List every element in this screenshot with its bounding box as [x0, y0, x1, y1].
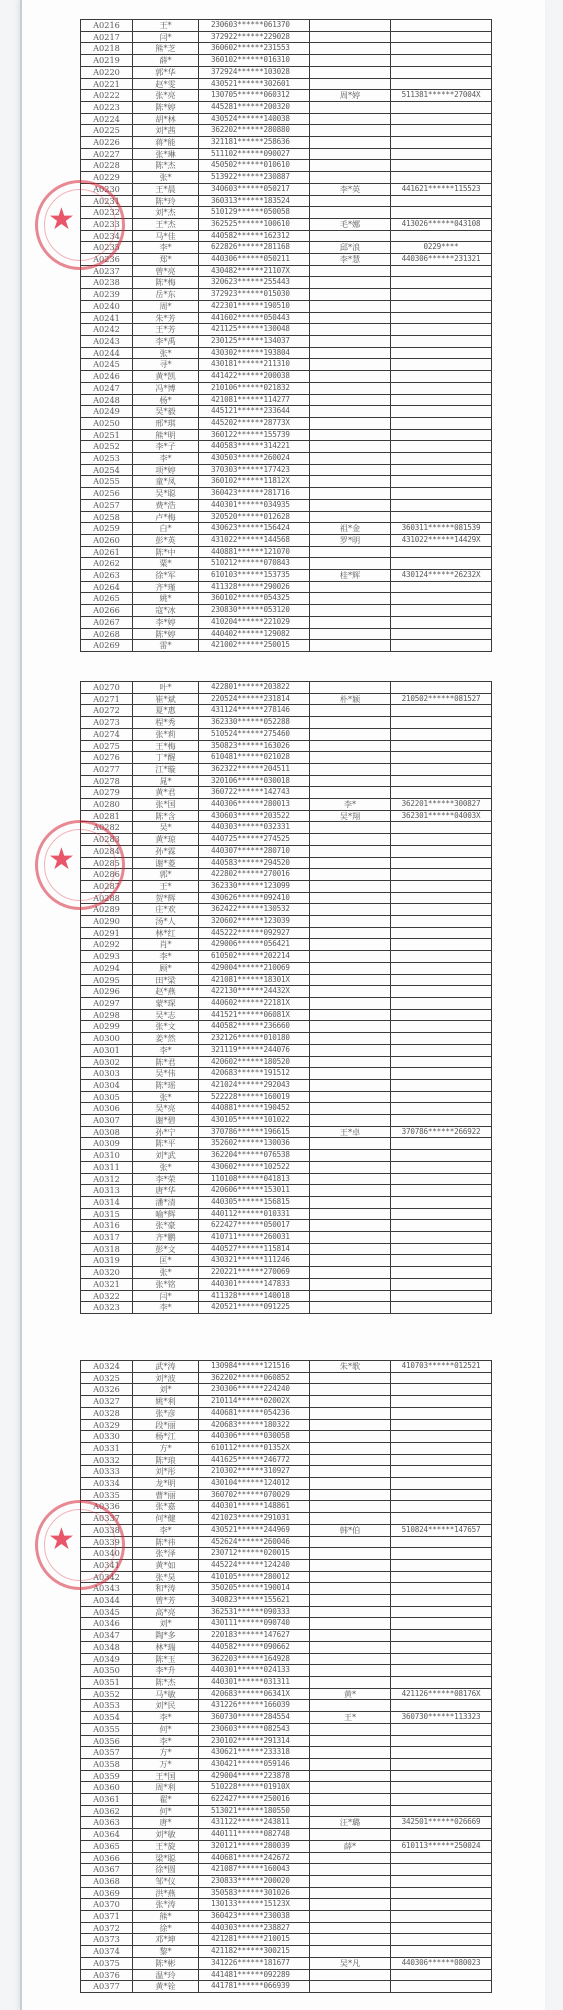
co-applicant-id-cell — [391, 113, 492, 125]
co-applicant-id-cell — [391, 148, 492, 160]
id-number-cell: 440305******156815 — [199, 1196, 310, 1208]
co-applicant-name-cell — [310, 172, 391, 184]
co-applicant-name-cell — [310, 752, 391, 764]
name-cell: 张*亮 — [133, 90, 199, 102]
id-number-cell: 421081******18301X — [199, 974, 310, 986]
co-applicant-id-cell — [391, 740, 492, 752]
table-row: A0244张*430302******193804 — [81, 347, 492, 359]
name-cell: 贺*辉 — [133, 892, 199, 904]
id-number-cell: 430521******302601 — [199, 78, 310, 90]
co-applicant-id-cell — [391, 1396, 492, 1408]
co-applicant-name-cell — [310, 1782, 391, 1794]
name-cell: 林*红 — [133, 927, 199, 939]
id-number-cell: 522228******160019 — [199, 1091, 310, 1103]
id-number-cell: 440306******030058 — [199, 1431, 310, 1443]
table-row: A0371熊*360423******230038 — [81, 1911, 492, 1923]
co-applicant-id-cell — [391, 616, 492, 628]
co-applicant-name-cell — [310, 476, 391, 488]
name-cell: 崔*斌 — [133, 693, 199, 705]
record-number-cell: A0242 — [81, 324, 133, 336]
name-cell: 陈*婷 — [133, 628, 199, 640]
table-row: A0237曾*亮430482******21107X — [81, 265, 492, 277]
co-applicant-name-cell — [310, 1747, 391, 1759]
record-number-cell: A0326 — [81, 1384, 133, 1396]
id-number-cell: 321119******244076 — [199, 1044, 310, 1056]
co-applicant-name-cell — [310, 1513, 391, 1525]
co-applicant-id-cell — [391, 1009, 492, 1021]
record-number-cell: A0377 — [81, 1981, 133, 1993]
co-applicant-name-cell — [310, 1583, 391, 1595]
co-applicant-id-cell — [391, 1946, 492, 1958]
record-number-cell: A0269 — [81, 640, 133, 652]
name-cell: 林*瑞 — [133, 1641, 199, 1653]
name-cell: 马*佳 — [133, 230, 199, 242]
id-number-cell: 430111******090740 — [199, 1618, 310, 1630]
id-number-cell: 440111******082748 — [199, 1829, 310, 1841]
name-cell: 费*浩 — [133, 499, 199, 511]
co-applicant-id-cell — [391, 78, 492, 90]
co-applicant-name-cell — [310, 822, 391, 834]
table-row: A0286郭*422802******270016 — [81, 869, 492, 881]
co-applicant-name-cell — [310, 682, 391, 694]
record-number-cell: A0343 — [81, 1583, 133, 1595]
co-applicant-name-cell — [310, 1302, 391, 1314]
co-applicant-name-cell — [310, 1794, 391, 1806]
id-number-cell: 431122******243811 — [199, 1817, 310, 1829]
record-number-cell: A0282 — [81, 822, 133, 834]
co-applicant-id-cell: 410703******012521 — [391, 1361, 492, 1373]
id-number-cell: 360730******284554 — [199, 1712, 310, 1724]
name-cell: 匡* — [133, 1255, 199, 1267]
name-cell: 王*晨 — [133, 183, 199, 195]
co-applicant-id-cell — [391, 1489, 492, 1501]
name-cell: 吴*毅 — [133, 406, 199, 418]
table-row: A0283黄*琼440725******274525 — [81, 834, 492, 846]
id-number-cell: 430503******260024 — [199, 453, 310, 465]
table-row: A0243李*禹230125******134037 — [81, 335, 492, 347]
record-number-cell: A0330 — [81, 1431, 133, 1443]
co-applicant-id-cell — [391, 1770, 492, 1782]
id-number-cell: 431022******144568 — [199, 534, 310, 546]
co-applicant-name-cell — [310, 1829, 391, 1841]
id-number-cell: 441422******200038 — [199, 371, 310, 383]
co-applicant-name-cell — [310, 705, 391, 717]
name-cell: 王*国 — [133, 1770, 199, 1782]
co-applicant-name-cell — [310, 546, 391, 558]
table-row: A0317齐*鹏410711******260031 — [81, 1232, 492, 1244]
co-applicant-id-cell — [391, 1044, 492, 1056]
table-row: A0229张*513922******230887 — [81, 172, 492, 184]
record-number-cell: A0315 — [81, 1208, 133, 1220]
co-applicant-id-cell — [391, 230, 492, 242]
table-row: A0221赵*雯430521******302601 — [81, 78, 492, 90]
id-number-cell: 210302******310927 — [199, 1466, 310, 1478]
co-applicant-id-cell — [391, 857, 492, 869]
record-number-cell: A0228 — [81, 160, 133, 172]
co-applicant-name-cell: 周*婷 — [310, 90, 391, 102]
co-applicant-name-cell — [310, 593, 391, 605]
name-cell: 曹*丽 — [133, 1489, 199, 1501]
record-number-cell: A0263 — [81, 570, 133, 582]
name-cell: 吴*伟 — [133, 1068, 199, 1080]
name-cell: 陈*梅 — [133, 277, 199, 289]
co-applicant-name-cell — [310, 195, 391, 207]
id-number-cell: 230102******291314 — [199, 1735, 310, 1747]
record-number-cell: A0223 — [81, 101, 133, 113]
id-number-cell: 340823******155621 — [199, 1595, 310, 1607]
co-applicant-id-cell — [391, 1501, 492, 1513]
co-applicant-name-cell: 李*慧 — [310, 254, 391, 266]
table-row: A0348林*瑞440582******090662 — [81, 1641, 492, 1653]
record-number-cell: A0276 — [81, 752, 133, 764]
co-applicant-id-cell — [391, 382, 492, 394]
co-applicant-name-cell — [310, 1946, 391, 1958]
co-applicant-name-cell — [310, 1559, 391, 1571]
id-number-cell: 450502******010610 — [199, 160, 310, 172]
co-applicant-name-cell — [310, 207, 391, 219]
co-applicant-id-cell — [391, 1981, 492, 1993]
co-applicant-name-cell — [310, 1138, 391, 1150]
table-row: A0369洪*燕350583******301026 — [81, 1887, 492, 1899]
record-number-cell: A0273 — [81, 717, 133, 729]
id-number-cell: 350583******301026 — [199, 1887, 310, 1899]
table-row: A0287王*362330******123099 — [81, 880, 492, 892]
co-applicant-id-cell — [391, 834, 492, 846]
co-applicant-id-cell — [391, 1676, 492, 1688]
table-row: A0259白*430623******156424祖*金360311******… — [81, 523, 492, 535]
table-row: A0347陶*多220183******147627 — [81, 1630, 492, 1642]
id-number-cell: 440881******121070 — [199, 546, 310, 558]
name-cell: 冯*博 — [133, 382, 199, 394]
co-applicant-name-cell — [310, 558, 391, 570]
co-applicant-id-cell — [391, 1700, 492, 1712]
co-applicant-id-cell — [391, 1115, 492, 1127]
id-number-cell: 440583******314221 — [199, 441, 310, 453]
table-row: A0334龙*明430104******124012 — [81, 1478, 492, 1490]
table-row: A0320张*220221******270069 — [81, 1267, 492, 1279]
co-applicant-id-cell — [391, 1665, 492, 1677]
co-applicant-name-cell: 李* — [310, 799, 391, 811]
name-cell: 陈*杰 — [133, 160, 199, 172]
table-row: A0368邹*仪230833******200020 — [81, 1875, 492, 1887]
co-applicant-id-cell — [391, 277, 492, 289]
name-cell: 夏*惠 — [133, 705, 199, 717]
record-number-cell: A0360 — [81, 1782, 133, 1794]
id-number-cell: 362322******204511 — [199, 763, 310, 775]
co-applicant-name-cell — [310, 148, 391, 160]
co-applicant-id-cell — [391, 31, 492, 43]
co-applicant-name-cell — [310, 1700, 391, 1712]
table-row: A0358万*430421******059146 — [81, 1758, 492, 1770]
id-number-cell: 220524******231814 — [199, 693, 310, 705]
co-applicant-name-cell: 李*英 — [310, 183, 391, 195]
co-applicant-id-cell: 210502******081527 — [391, 693, 492, 705]
co-applicant-name-cell — [310, 1407, 391, 1419]
co-applicant-name-cell — [310, 717, 391, 729]
co-applicant-name-cell — [310, 113, 391, 125]
record-number-cell: A0246 — [81, 371, 133, 383]
co-applicant-id-cell — [391, 916, 492, 928]
id-number-cell: 220221******270069 — [199, 1267, 310, 1279]
co-applicant-name-cell — [310, 1805, 391, 1817]
co-applicant-name-cell — [310, 1911, 391, 1923]
record-number-cell: A0323 — [81, 1302, 133, 1314]
name-cell: 刘* — [133, 1618, 199, 1630]
table-row: A0315喻*辉440112******010331 — [81, 1208, 492, 1220]
co-applicant-name-cell — [310, 1442, 391, 1454]
record-number-cell: A0339 — [81, 1536, 133, 1548]
name-cell: 童*凤 — [133, 476, 199, 488]
co-applicant-id-cell — [391, 1384, 492, 1396]
name-cell: 孙*霖 — [133, 845, 199, 857]
co-applicant-name-cell — [310, 1091, 391, 1103]
table-row: A0343和*涛350205******190014 — [81, 1583, 492, 1595]
name-cell: 张*琳 — [133, 148, 199, 160]
id-number-cell: 445121******233644 — [199, 406, 310, 418]
record-number-cell: A0308 — [81, 1126, 133, 1138]
name-cell: 郭* — [133, 869, 199, 881]
co-applicant-name-cell — [310, 1232, 391, 1244]
id-number-cell: 441602******050443 — [199, 312, 310, 324]
table-row: A0284孙*霖440307******280710 — [81, 845, 492, 857]
name-cell: 黄*琼 — [133, 834, 199, 846]
name-cell: 徐*圆 — [133, 1864, 199, 1876]
co-applicant-id-cell — [391, 172, 492, 184]
co-applicant-name-cell: 薛* — [310, 1840, 391, 1852]
record-number-cell: A0225 — [81, 125, 133, 137]
id-number-cell: 421087******160043 — [199, 1864, 310, 1876]
co-applicant-id-cell — [391, 986, 492, 998]
record-number-cell: A0313 — [81, 1185, 133, 1197]
id-number-cell: 440301******034935 — [199, 499, 310, 511]
id-number-cell: 421002******250015 — [199, 640, 310, 652]
name-cell: 晁* — [133, 775, 199, 787]
table-row: A0360周*利510228******01910X — [81, 1782, 492, 1794]
co-applicant-id-cell: 421126******08176X — [391, 1688, 492, 1700]
name-cell: 何* — [133, 1805, 199, 1817]
co-applicant-name-cell — [310, 1852, 391, 1864]
co-applicant-name-cell — [310, 640, 391, 652]
table-row: A0330杨*江440306******030058 — [81, 1431, 492, 1443]
record-number-cell: A0318 — [81, 1243, 133, 1255]
co-applicant-id-cell — [391, 441, 492, 453]
name-cell: 赵*雯 — [133, 78, 199, 90]
record-number-cell: A0232 — [81, 207, 133, 219]
id-number-cell: 440301******031311 — [199, 1676, 310, 1688]
id-number-cell: 230603******061370 — [199, 20, 310, 32]
name-cell: 龙*明 — [133, 1478, 199, 1490]
co-applicant-id-cell — [391, 939, 492, 951]
table-row: A0318彭*文440527******115814 — [81, 1243, 492, 1255]
co-applicant-id-cell — [391, 1185, 492, 1197]
record-number-cell: A0374 — [81, 1946, 133, 1958]
id-number-cell: 230833******200020 — [199, 1875, 310, 1887]
record-number-cell: A0281 — [81, 810, 133, 822]
name-cell: 吴*亮 — [133, 1103, 199, 1115]
co-applicant-name-cell — [310, 359, 391, 371]
id-number-cell: 350823******163026 — [199, 740, 310, 752]
record-number-cell: A0262 — [81, 558, 133, 570]
name-cell: 陈*含 — [133, 810, 199, 822]
co-applicant-id-cell — [391, 207, 492, 219]
id-number-cell: 452624******260046 — [199, 1536, 310, 1548]
co-applicant-name-cell — [310, 951, 391, 963]
co-applicant-id-cell — [391, 347, 492, 359]
record-number-cell: A0361 — [81, 1794, 133, 1806]
id-number-cell: 429004******223878 — [199, 1770, 310, 1782]
name-cell: 高*亮 — [133, 1606, 199, 1618]
name-cell: 张* — [133, 1161, 199, 1173]
records-table: A0324武*涛130984******121516朱*歌410703*****… — [80, 1360, 492, 1993]
record-number-cell: A0221 — [81, 78, 133, 90]
table-row: A0254项*婷370303******177423 — [81, 464, 492, 476]
record-number-cell: A0299 — [81, 1021, 133, 1033]
name-cell: 白* — [133, 523, 199, 535]
table-row: A0223陈*婷445281******200320 — [81, 101, 492, 113]
co-applicant-id-cell — [391, 1173, 492, 1185]
co-applicant-name-cell — [310, 834, 391, 846]
id-number-cell: 440725******274525 — [199, 834, 310, 846]
id-number-cell: 430104******124012 — [199, 1478, 310, 1490]
record-number-cell: A0227 — [81, 148, 133, 160]
name-cell: 谢*碧 — [133, 1115, 199, 1127]
roster-table-page-1: A0216王*230603******061370A0217闫*372922**… — [80, 19, 467, 652]
co-applicant-id-cell — [391, 300, 492, 312]
record-number-cell: A0224 — [81, 113, 133, 125]
co-applicant-name-cell — [310, 997, 391, 1009]
co-applicant-id-cell — [391, 101, 492, 113]
co-applicant-name-cell — [310, 916, 391, 928]
co-applicant-id-cell: 0229**** — [391, 242, 492, 254]
co-applicant-name-cell — [310, 230, 391, 242]
name-cell: 周*利 — [133, 1782, 199, 1794]
table-row: A0288贺*辉430626******092410 — [81, 892, 492, 904]
name-cell: 顾* — [133, 962, 199, 974]
name-cell: 张*莉 — [133, 728, 199, 740]
co-applicant-name-cell: 邱*浪 — [310, 242, 391, 254]
name-cell: 李*禹 — [133, 335, 199, 347]
record-number-cell: A0222 — [81, 90, 133, 102]
table-row: A0311张*430602******102522 — [81, 1161, 492, 1173]
co-applicant-name-cell: 王*卓 — [310, 1126, 391, 1138]
id-number-cell: 411328******140018 — [199, 1290, 310, 1302]
co-applicant-name-cell — [310, 300, 391, 312]
record-number-cell: A0306 — [81, 1103, 133, 1115]
record-number-cell: A0217 — [81, 31, 133, 43]
co-applicant-name-cell — [310, 20, 391, 32]
name-cell: 谢*菱 — [133, 857, 199, 869]
table-row: A0264齐*瑾411328******290026 — [81, 581, 492, 593]
record-number-cell: A0259 — [81, 523, 133, 535]
name-cell: 黎* — [133, 1946, 199, 1958]
id-number-cell: 430421******059146 — [199, 1758, 310, 1770]
id-number-cell: 360423******281716 — [199, 488, 310, 500]
record-number-cell: A0371 — [81, 1911, 133, 1923]
co-applicant-name-cell — [310, 1431, 391, 1443]
id-number-cell: 350205******190014 — [199, 1583, 310, 1595]
table-row: A0285谢*菱440583******294520 — [81, 857, 492, 869]
table-row: A0324武*涛130984******121516朱*歌410703*****… — [81, 1361, 492, 1373]
record-number-cell: A0325 — [81, 1372, 133, 1384]
table-row: A0282吴*440303******032331 — [81, 822, 492, 834]
name-cell: 寻* — [133, 359, 199, 371]
co-applicant-id-cell — [391, 1091, 492, 1103]
co-applicant-name-cell: 王* — [310, 1712, 391, 1724]
id-number-cell: 431226******166039 — [199, 1700, 310, 1712]
id-number-cell: 622427******050017 — [199, 1220, 310, 1232]
name-cell: 彭*文 — [133, 1243, 199, 1255]
record-number-cell: A0338 — [81, 1524, 133, 1536]
record-number-cell: A0247 — [81, 382, 133, 394]
co-applicant-name-cell — [310, 464, 391, 476]
name-cell: 唐*华 — [133, 1185, 199, 1197]
co-applicant-id-cell — [391, 763, 492, 775]
record-number-cell: A0266 — [81, 605, 133, 617]
co-applicant-name-cell — [310, 1255, 391, 1267]
record-number-cell: A0352 — [81, 1688, 133, 1700]
record-number-cell: A0231 — [81, 195, 133, 207]
id-number-cell: 321181******258636 — [199, 137, 310, 149]
id-number-cell: 610481******021028 — [199, 752, 310, 764]
id-number-cell: 510212******070843 — [199, 558, 310, 570]
record-number-cell: A0256 — [81, 488, 133, 500]
table-row: A0234马*佳440582******162312 — [81, 230, 492, 242]
co-applicant-id-cell — [391, 1653, 492, 1665]
id-number-cell: 421281******210015 — [199, 1934, 310, 1946]
record-number-cell: A0219 — [81, 55, 133, 67]
co-applicant-id-cell — [391, 1536, 492, 1548]
table-row: A0275王*梅350823******163026 — [81, 740, 492, 752]
table-row: A0372徐*440303******238827 — [81, 1922, 492, 1934]
record-number-cell: A0248 — [81, 394, 133, 406]
table-row: A0274张*莉510524******275460 — [81, 728, 492, 740]
table-row: A0220郭*华372924******103028 — [81, 66, 492, 78]
name-cell: 郭*华 — [133, 66, 199, 78]
table-row: A0289庄*欢362422******130532 — [81, 904, 492, 916]
co-applicant-id-cell — [391, 476, 492, 488]
id-number-cell: 130984******121516 — [199, 1361, 310, 1373]
record-number-cell: A0373 — [81, 1934, 133, 1946]
co-applicant-id-cell — [391, 752, 492, 764]
co-applicant-name-cell — [310, 1267, 391, 1279]
id-number-cell: 513021******180550 — [199, 1805, 310, 1817]
co-applicant-name-cell: 朴*颖 — [310, 693, 391, 705]
name-cell: 曾*亮 — [133, 265, 199, 277]
table-row: A0272夏*惠431124******278146 — [81, 705, 492, 717]
co-applicant-name-cell — [310, 962, 391, 974]
id-number-cell: 360423******230038 — [199, 1911, 310, 1923]
id-number-cell: 440602******22181X — [199, 997, 310, 1009]
record-number-cell: A0277 — [81, 763, 133, 775]
table-row: A0370张*涛130133******15123X — [81, 1899, 492, 1911]
co-applicant-id-cell: 342501******026669 — [391, 1817, 492, 1829]
record-number-cell: A0305 — [81, 1091, 133, 1103]
name-cell: 王*芳 — [133, 324, 199, 336]
table-row: A0300姜*然232126******010180 — [81, 1033, 492, 1045]
table-row: A0325刘*波362202******060852 — [81, 1372, 492, 1384]
co-applicant-name-cell — [310, 1103, 391, 1115]
table-row: A0344曾*芳340823******155621 — [81, 1595, 492, 1607]
record-number-cell: A0324 — [81, 1361, 133, 1373]
co-applicant-id-cell — [391, 43, 492, 55]
co-applicant-name-cell — [310, 324, 391, 336]
record-number-cell: A0333 — [81, 1466, 133, 1478]
co-applicant-id-cell — [391, 787, 492, 799]
id-number-cell: 411328******290026 — [199, 581, 310, 593]
record-number-cell: A0284 — [81, 845, 133, 857]
name-cell: 吴* — [133, 822, 199, 834]
id-number-cell: 360602******231553 — [199, 43, 310, 55]
